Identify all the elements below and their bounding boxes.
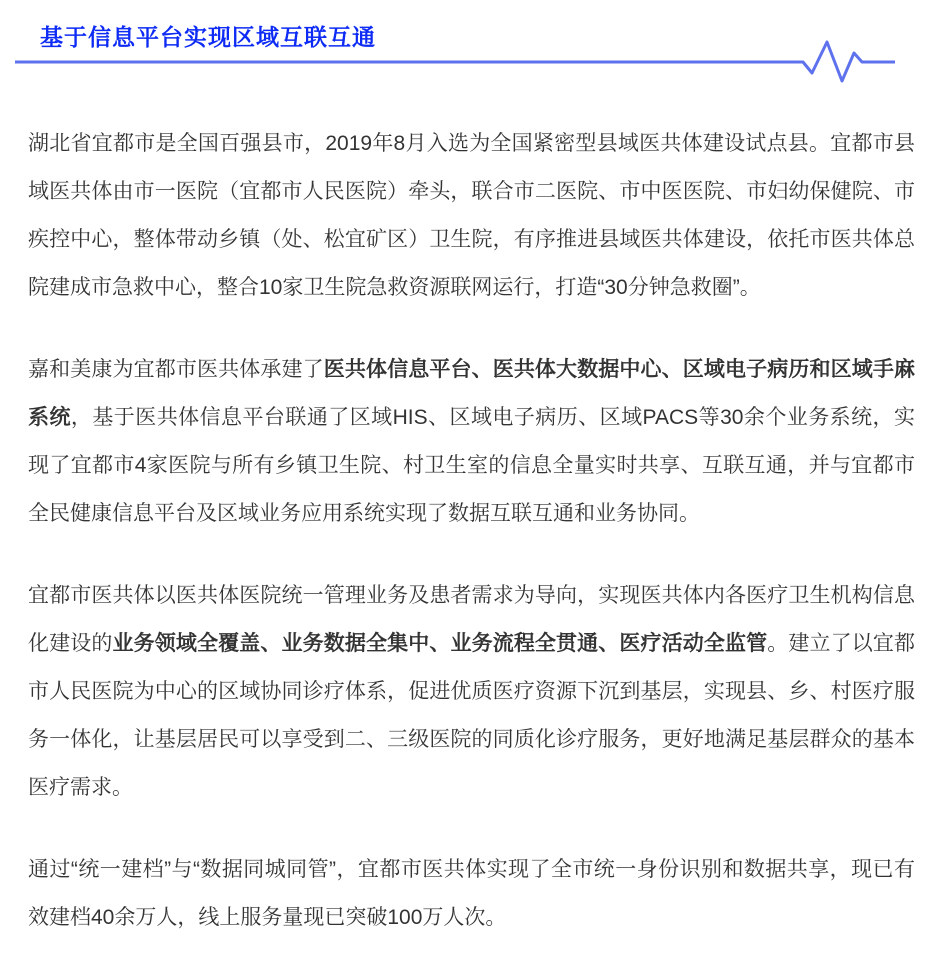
paragraph-platform: 嘉和美康为宜都市医共体承建了医共体信息平台、医共体大数据中心、区域电子病历和区域…: [28, 346, 915, 538]
emphasis-text: 业务领域全覆盖、业务数据全集中、业务流程全贯通、医疗活动全监管: [113, 632, 768, 655]
article-body: 湖北省宜都市是全国百强县市，2019年8月入选为全国紧密型县域医共体建设试点县。…: [0, 120, 944, 942]
paragraph-intro: 湖北省宜都市是全国百强县市，2019年8月入选为全国紧密型县域医共体建设试点县。…: [28, 120, 915, 312]
body-text: ，基于医共体信息平台联通了区域HIS、区域电子病历、区域PACS等30余个业务系…: [28, 406, 915, 525]
body-text: 嘉和美康为宜都市医共体承建了: [28, 358, 324, 381]
paragraph-records: 通过“统一建档”与“数据同城同管”，宜都市医共体实现了全市统一身份识别和数据共享…: [28, 846, 915, 942]
page: 基于信息平台实现区域互联互通 湖北省宜都市是全国百强县市，2019年8月入选为全…: [0, 0, 944, 977]
body-text: 。建立了以宜都市人民医院为中心的区域协同诊疗体系，促进优质医疗资源下沉到基层，实…: [28, 632, 915, 799]
body-text: 通过“统一建档”与“数据同城同管”，宜都市医共体实现了全市统一身份识别和数据共享…: [28, 858, 915, 929]
header: 基于信息平台实现区域互联互通: [0, 0, 944, 50]
page-title: 基于信息平台实现区域互联互通: [0, 0, 944, 50]
body-text: 湖北省宜都市是全国百强县市，2019年8月入选为全国紧密型县域医共体建设试点县。…: [28, 132, 915, 299]
paragraph-management: 宜都市医共体以医共体医院统一管理业务及患者需求为导向，实现医共体内各医疗卫生机构…: [28, 572, 915, 812]
